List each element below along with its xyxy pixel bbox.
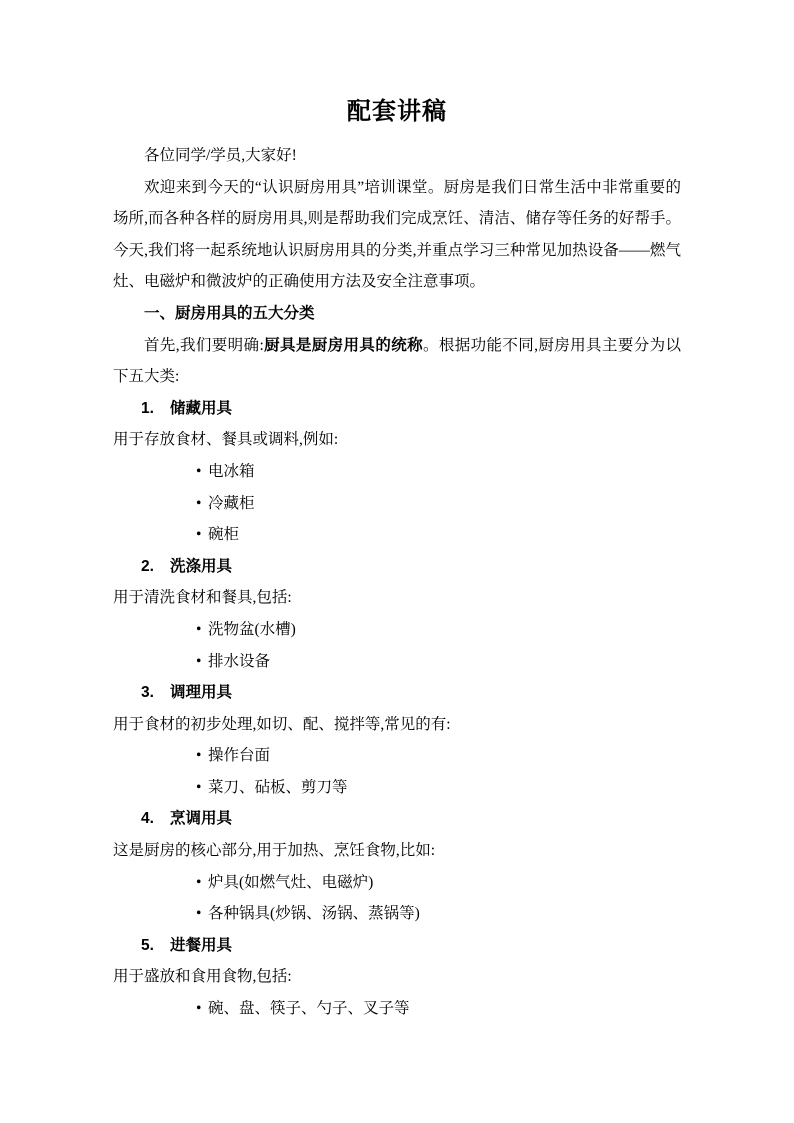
lead-paragraph: 首先,我们要明确:厨具是厨房用具的统称。根据功能不同,厨房用具主要分为以下五大类… <box>113 330 681 393</box>
bullet-icon: • <box>196 993 208 1025</box>
category-name: 调理用具 <box>170 684 232 701</box>
category-washing: 2.洗涤用具 用于清洗食材和餐具,包括: •洗物盆(水槽) •排水设备 <box>113 551 681 677</box>
list-item-text: 操作台面 <box>208 747 270 764</box>
document-page: 配套讲稿 各位同学/学员,大家好! 欢迎来到今天的“认识厨房用具”培训课堂。厨房… <box>0 0 794 1123</box>
list-item-text: 洗物盆(水槽) <box>208 621 296 638</box>
greeting-paragraph: 各位同学/学员,大家好! <box>113 140 681 172</box>
list-item: •菜刀、砧板、剪刀等 <box>113 772 681 804</box>
category-name: 烹调用具 <box>170 810 232 827</box>
lead-prefix-text: 首先,我们要明确: <box>144 337 264 354</box>
document-title: 配套讲稿 <box>113 95 681 129</box>
list-item-text: 菜刀、砧板、剪刀等 <box>208 779 348 796</box>
list-item-text: 冷藏柜 <box>208 495 255 512</box>
bullet-icon: • <box>196 740 208 772</box>
category-number: 1. <box>141 393 170 425</box>
category-storage: 1.储藏用具 用于存放食材、餐具或调料,例如: •电冰箱 •冷藏柜 •碗柜 <box>113 393 681 551</box>
list-item: •冷藏柜 <box>113 488 681 520</box>
list-item: •排水设备 <box>113 646 681 678</box>
list-item: •洗物盆(水槽) <box>113 614 681 646</box>
list-item: •碗、盘、筷子、勺子、叉子等 <box>113 993 681 1025</box>
bullet-icon: • <box>196 867 208 899</box>
category-number: 2. <box>141 551 170 583</box>
category-description: 用于食材的初步处理,如切、配、搅拌等,常见的有: <box>113 709 681 741</box>
list-item: •炉具(如燃气灶、电磁炉) <box>113 867 681 899</box>
category-description: 用于清洗食材和餐具,包括: <box>113 582 681 614</box>
lead-emphasis-text: 厨具是厨房用具的统称 <box>264 337 423 354</box>
list-item-text: 碗柜 <box>208 526 239 543</box>
list-item-text: 各种锅具(炒锅、汤锅、蒸锅等) <box>208 905 420 922</box>
bullet-list: •洗物盆(水槽) •排水设备 <box>113 614 681 677</box>
category-name: 储藏用具 <box>170 400 232 417</box>
list-item-text: 碗、盘、筷子、勺子、叉子等 <box>208 1000 410 1017</box>
category-description: 用于存放食材、餐具或调料,例如: <box>113 424 681 456</box>
category-description: 用于盛放和食用食物,包括: <box>113 961 681 993</box>
category-number: 3. <box>141 677 170 709</box>
category-heading: 1.储藏用具 <box>113 393 681 425</box>
bullet-list: •碗、盘、筷子、勺子、叉子等 <box>113 993 681 1025</box>
category-cooking: 4.烹调用具 这是厨房的核心部分,用于加热、烹饪食物,比如: •炉具(如燃气灶、… <box>113 803 681 929</box>
category-name: 进餐用具 <box>170 937 232 954</box>
list-item-text: 排水设备 <box>208 653 270 670</box>
category-heading: 4.烹调用具 <box>113 803 681 835</box>
category-dining: 5.进餐用具 用于盛放和食用食物,包括: •碗、盘、筷子、勺子、叉子等 <box>113 930 681 1025</box>
list-item: •电冰箱 <box>113 456 681 488</box>
bullet-icon: • <box>196 646 208 678</box>
category-preparation: 3.调理用具 用于食材的初步处理,如切、配、搅拌等,常见的有: •操作台面 •菜… <box>113 677 681 803</box>
bullet-icon: • <box>196 519 208 551</box>
bullet-icon: • <box>196 614 208 646</box>
list-item-text: 电冰箱 <box>208 463 255 480</box>
category-description: 这是厨房的核心部分,用于加热、烹饪食物,比如: <box>113 835 681 867</box>
bullet-list: •操作台面 •菜刀、砧板、剪刀等 <box>113 740 681 803</box>
bullet-icon: • <box>196 898 208 930</box>
intro-paragraph: 欢迎来到今天的“认识厨房用具”培训课堂。厨房是我们日常生活中非常重要的场所,而各… <box>113 172 681 298</box>
list-item: •碗柜 <box>113 519 681 551</box>
section-heading: 一、厨房用具的五大分类 <box>113 298 681 330</box>
category-number: 5. <box>141 930 170 962</box>
bullet-icon: • <box>196 456 208 488</box>
category-heading: 2.洗涤用具 <box>113 551 681 583</box>
list-item: •各种锅具(炒锅、汤锅、蒸锅等) <box>113 898 681 930</box>
bullet-icon: • <box>196 772 208 804</box>
list-item: •操作台面 <box>113 740 681 772</box>
bullet-list: •电冰箱 •冷藏柜 •碗柜 <box>113 456 681 551</box>
list-item-text: 炉具(如燃气灶、电磁炉) <box>208 874 373 891</box>
category-heading: 5.进餐用具 <box>113 930 681 962</box>
bullet-list: •炉具(如燃气灶、电磁炉) •各种锅具(炒锅、汤锅、蒸锅等) <box>113 867 681 930</box>
category-heading: 3.调理用具 <box>113 677 681 709</box>
category-name: 洗涤用具 <box>170 558 232 575</box>
category-number: 4. <box>141 803 170 835</box>
bullet-icon: • <box>196 488 208 520</box>
